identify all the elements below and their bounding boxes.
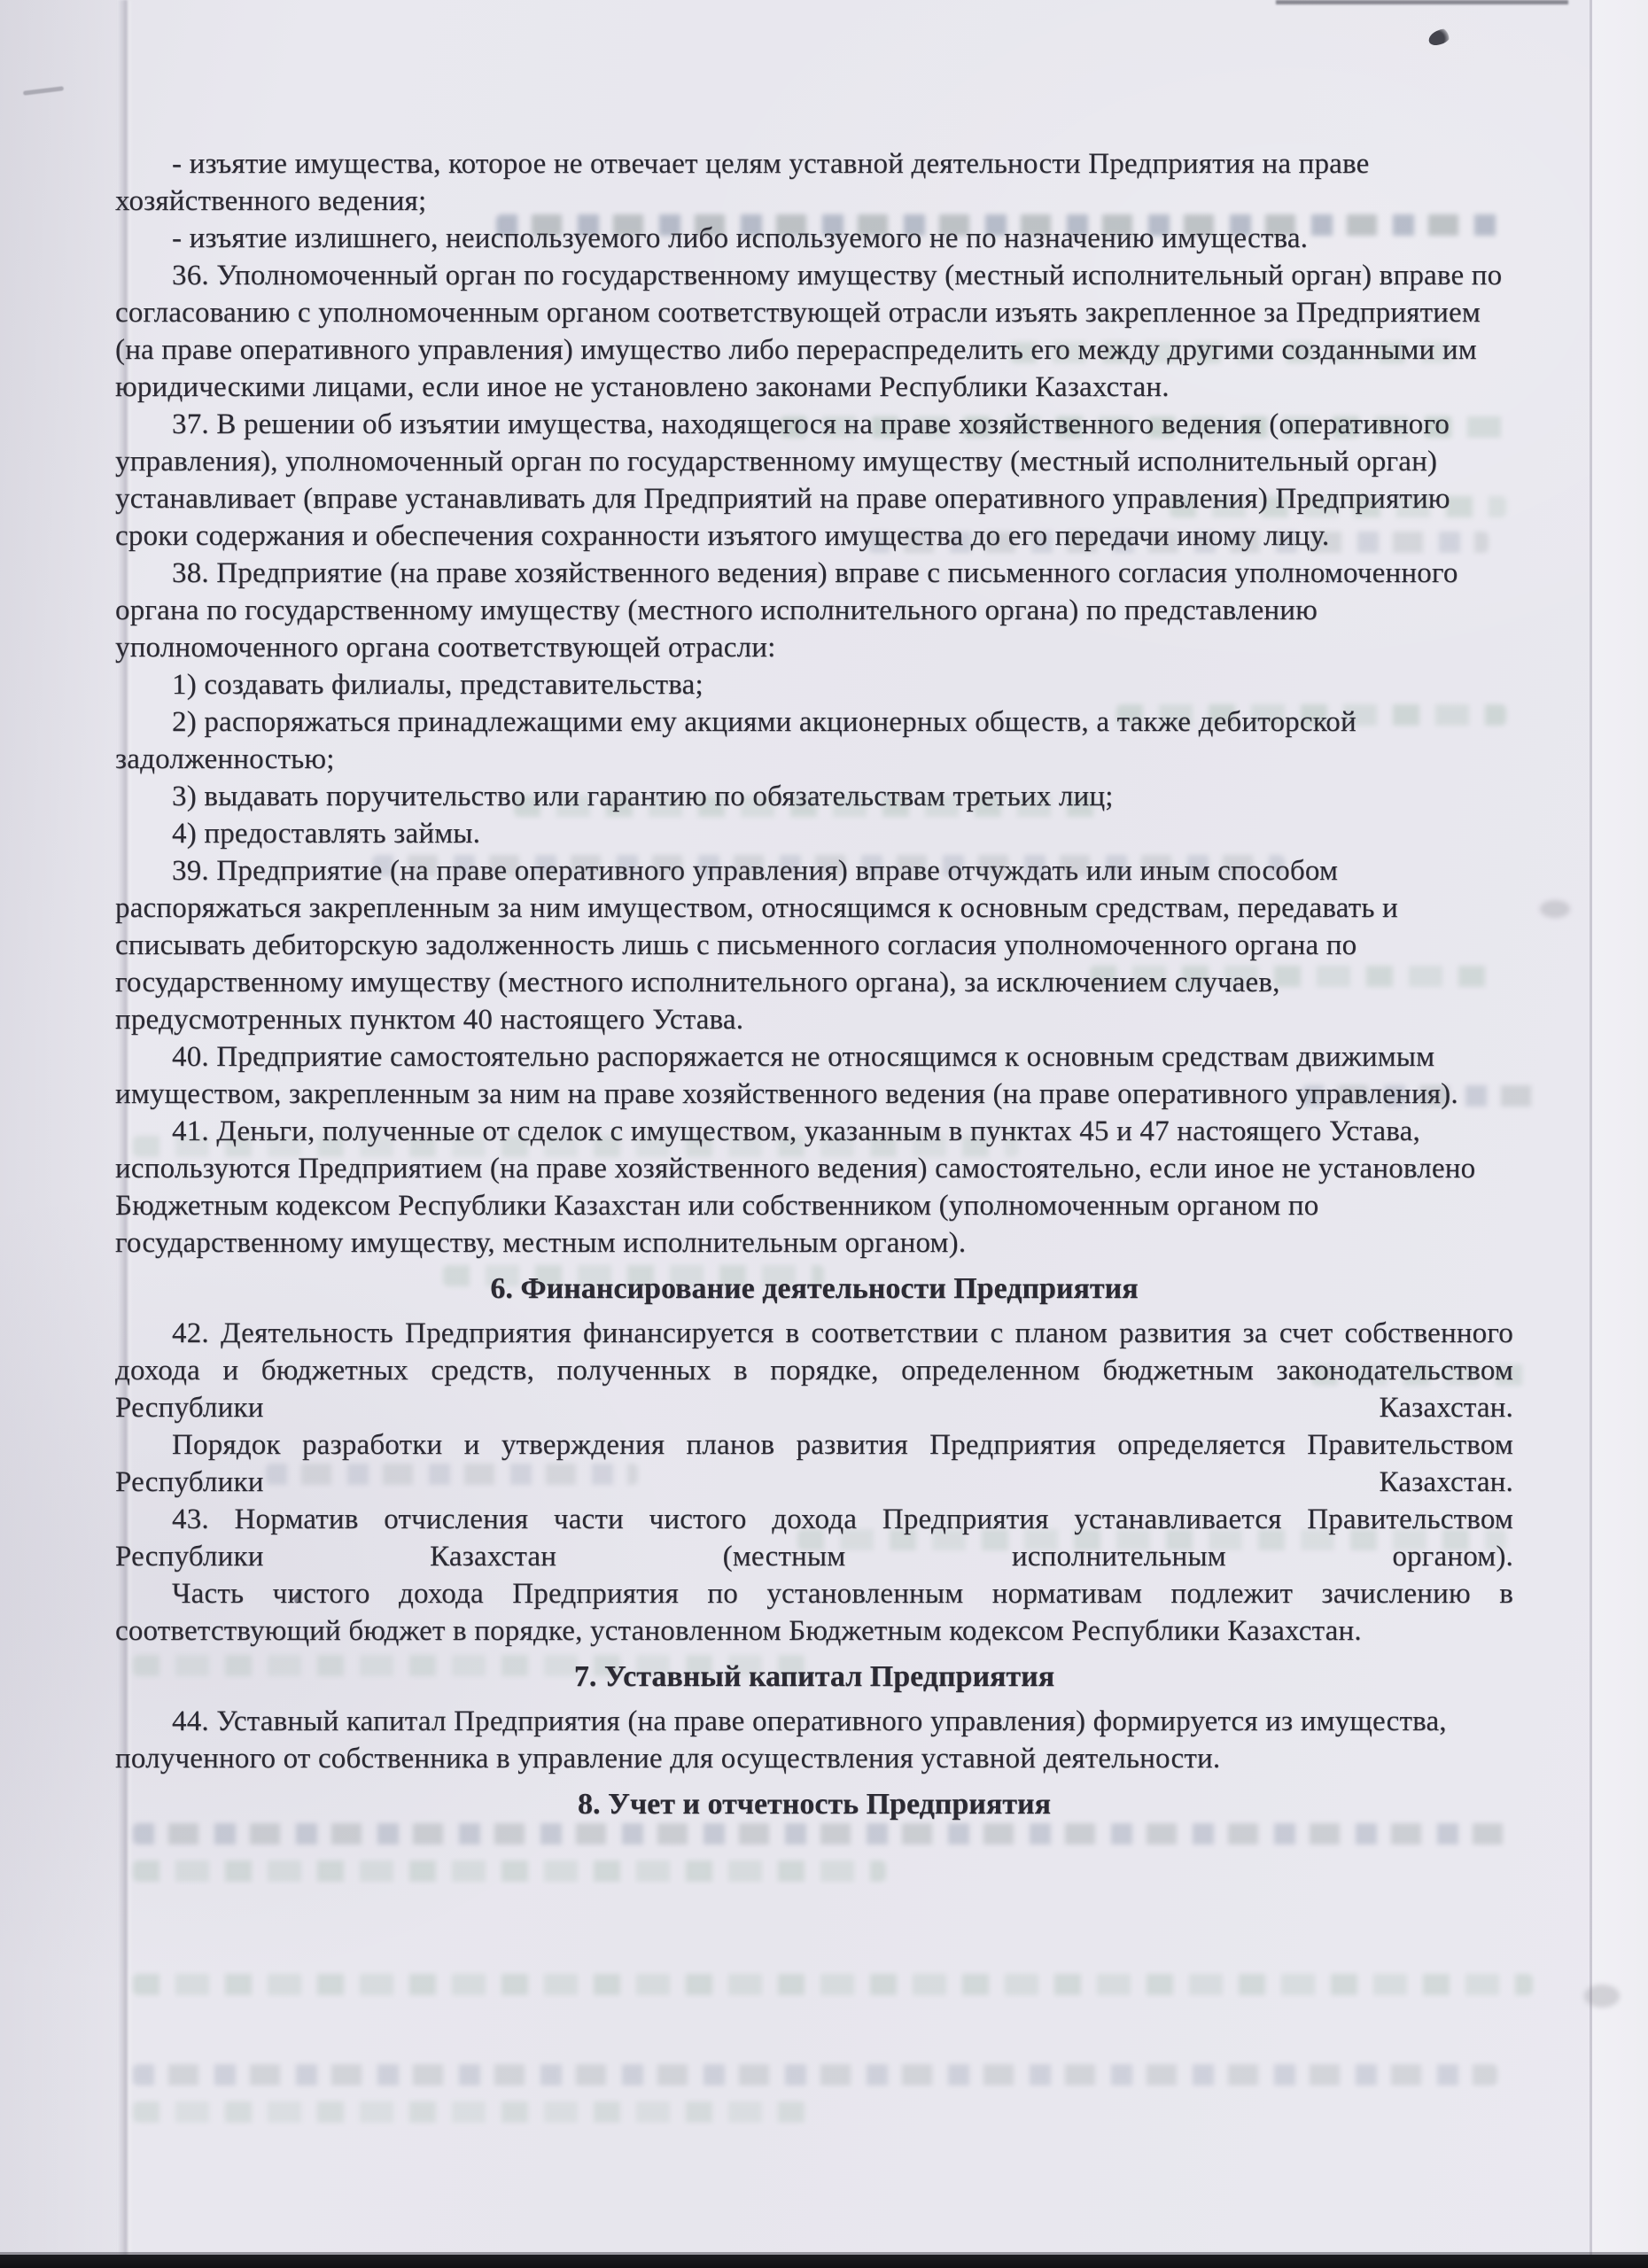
clause-41: 41. Деньги, полученные от сделок с имуще… — [115, 1113, 1513, 1262]
bleed-through-artifact — [133, 1974, 1533, 1995]
smudge-artifact — [1584, 1984, 1620, 2008]
clause-36: 36. Уполномоченный орган по государствен… — [115, 257, 1513, 406]
heading-section-8: 8. Учет и отчетность Предприятия — [115, 1786, 1513, 1823]
left-margin-shading — [0, 0, 117, 2268]
clause-44: 44. Уставный капитал Предприятия (на пра… — [115, 1703, 1513, 1777]
bleed-through-artifact — [133, 2064, 1497, 2085]
clause-42-continued: Порядок разработки и утверждения планов … — [115, 1426, 1513, 1501]
clause-38: 38. Предприятие (на праве хозяйственного… — [115, 555, 1513, 666]
document-body: - изъятие имущества, которое не отвечает… — [115, 145, 1513, 1830]
clause-37: 37. В решении об изъятии имущества, нахо… — [115, 406, 1513, 555]
clause-38-item-1: 1) создавать филиалы, представительства; — [115, 666, 1513, 703]
heading-section-6: 6. Финансирование деятельности Предприят… — [115, 1270, 1513, 1308]
bleed-through-artifact — [133, 1860, 886, 1882]
ink-speck — [1426, 27, 1453, 47]
clause-38-item-2: 2) распоряжаться принадлежащими ему акци… — [115, 703, 1513, 778]
bleed-through-artifact — [133, 2101, 806, 2123]
clause-38-item-4: 4) предоставлять займы. — [115, 815, 1513, 852]
paragraph-withdrawal-1: - изъятие имущества, которое не отвечает… — [115, 145, 1513, 220]
clause-40: 40. Предприятие самостоятельно распоряжа… — [115, 1038, 1513, 1113]
clause-42: 42. Деятельность Предприятия финансирует… — [115, 1315, 1513, 1426]
clause-39: 39. Предприятие (на праве оперативного у… — [115, 852, 1513, 1038]
top-scan-edge — [1276, 0, 1568, 4]
clause-43-continued: Часть чистого дохода Предприятия по уста… — [115, 1575, 1513, 1650]
clause-38-item-3: 3) выдавать поручительство или гарантию … — [115, 778, 1513, 815]
smudge-artifact — [1540, 900, 1570, 918]
clause-43: 43. Норматив отчисления части чистого до… — [115, 1501, 1513, 1575]
scanned-document-page: - изъятие имущества, которое не отвечает… — [0, 0, 1648, 2268]
bottom-scan-edge — [0, 2252, 1648, 2268]
right-page-edge — [1590, 0, 1648, 2268]
paragraph-withdrawal-2: - изъятие излишнего, неиспользуемого либ… — [115, 220, 1513, 257]
heading-section-7: 7. Уставный капитал Предприятия — [115, 1658, 1513, 1696]
